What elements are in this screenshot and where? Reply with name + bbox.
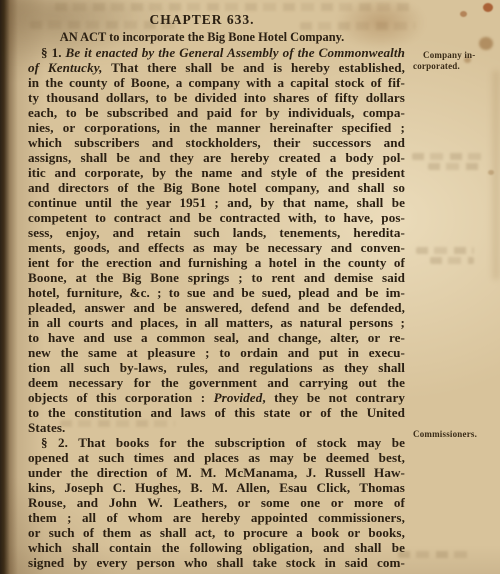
body-line: continue until the year 1951 ; and, by t… (28, 195, 405, 210)
body-line: hotel, furniture, &c. ; to sue and be su… (28, 285, 405, 300)
body-line: or such of them as shall act, to procure… (28, 525, 405, 540)
section-2: § 2. That books for the subscription of … (28, 435, 405, 570)
body-line: each, to be subscribed and paid for by i… (28, 105, 405, 120)
body-line: kins, Joseph C. Hughes, B. M. Allen, Esa… (28, 480, 405, 495)
body-line: which subscribers and stockholders, thei… (28, 135, 405, 150)
body-line: signed by every person who shall take st… (28, 555, 405, 570)
bleed-through-margin-note-artifact (416, 247, 474, 254)
body-line: pleaded, answer and be answered, defend … (28, 300, 405, 315)
margin-note-line: Commissioners. (413, 429, 497, 440)
body-line: States. (28, 420, 405, 435)
margin-note-company-incorporated: Company in-corporated. (413, 50, 497, 71)
scan-edge-shadow (0, 0, 18, 574)
act-title: AN ACT to incorporate the Big Bone Hotel… (0, 30, 404, 45)
body-line: ments, goods, and effects as may be nece… (28, 240, 405, 255)
bleed-through-margin-note-artifact (398, 551, 472, 558)
body-line: and directors of the Big Bone hotel comp… (28, 180, 405, 195)
body-line: assigns, shall be and they are hereby cr… (28, 150, 405, 165)
body-line: competent to contract and be contracted … (28, 210, 405, 225)
body-line: sess, enjoy, and retain such lands, tene… (28, 225, 405, 240)
section-1: § 1. Be it enacted by the General Assemb… (28, 45, 405, 435)
bleed-through-margin-note-artifact (430, 257, 474, 264)
body-line: new the same at pleasure ; to ordain and… (28, 345, 405, 360)
paper-stain (492, 70, 500, 280)
bleed-through-margin-note-artifact (412, 153, 484, 160)
bleed-through-margin-note-artifact (428, 163, 484, 170)
body-line: Rouse, and John W. Leathers, or some one… (28, 495, 405, 510)
body-line: of Kentucky, That there shall be and is … (28, 60, 405, 75)
body-line: objects of this corporation : Provided, … (28, 390, 405, 405)
margin-note-line: corporated. (413, 61, 497, 72)
body-line: ient for the erection and furnishing a h… (28, 255, 405, 270)
margin-note-commissioners: Commissioners. (413, 429, 497, 440)
scanned-document-page: CHAPTER 633. AN ACT to incorporate the B… (0, 0, 500, 574)
body-line: itic and corporate, by the name and styl… (28, 165, 405, 180)
body-line: which shall contain the following obliga… (28, 540, 405, 555)
body-line: to have and use a common seal, and chang… (28, 330, 405, 345)
body-line: nies, or corporations, in the manner her… (28, 120, 405, 135)
page-content: CHAPTER 633. AN ACT to incorporate the B… (0, 0, 500, 48)
body-line: them ; all of whom are hereby appointed … (28, 510, 405, 525)
margin-note-line: Company in- (413, 50, 497, 61)
body-line: in all courts and places, in all matters… (28, 315, 405, 330)
body-line: Boone, at the Big Bone springs ; to rent… (28, 270, 405, 285)
act-body-text: § 1. Be it enacted by the General Assemb… (28, 45, 405, 570)
chapter-heading: CHAPTER 633. (0, 12, 404, 28)
body-line: § 2. That books for the subscription of … (28, 435, 405, 450)
body-line: § 1. Be it enacted by the General Assemb… (28, 45, 405, 60)
body-line: ty thousand dollars, to be divided into … (28, 90, 405, 105)
body-line: in the county of Boone, a company with a… (28, 75, 405, 90)
body-line: tion all such by-laws, rules, and regula… (28, 360, 405, 375)
body-line: opened at such times and places as may b… (28, 450, 405, 465)
body-line: deem necessary for the government and ca… (28, 375, 405, 390)
body-line: to the constitution and laws of this sta… (28, 405, 405, 420)
body-line: under the direction of M. M. McManama, J… (28, 465, 405, 480)
